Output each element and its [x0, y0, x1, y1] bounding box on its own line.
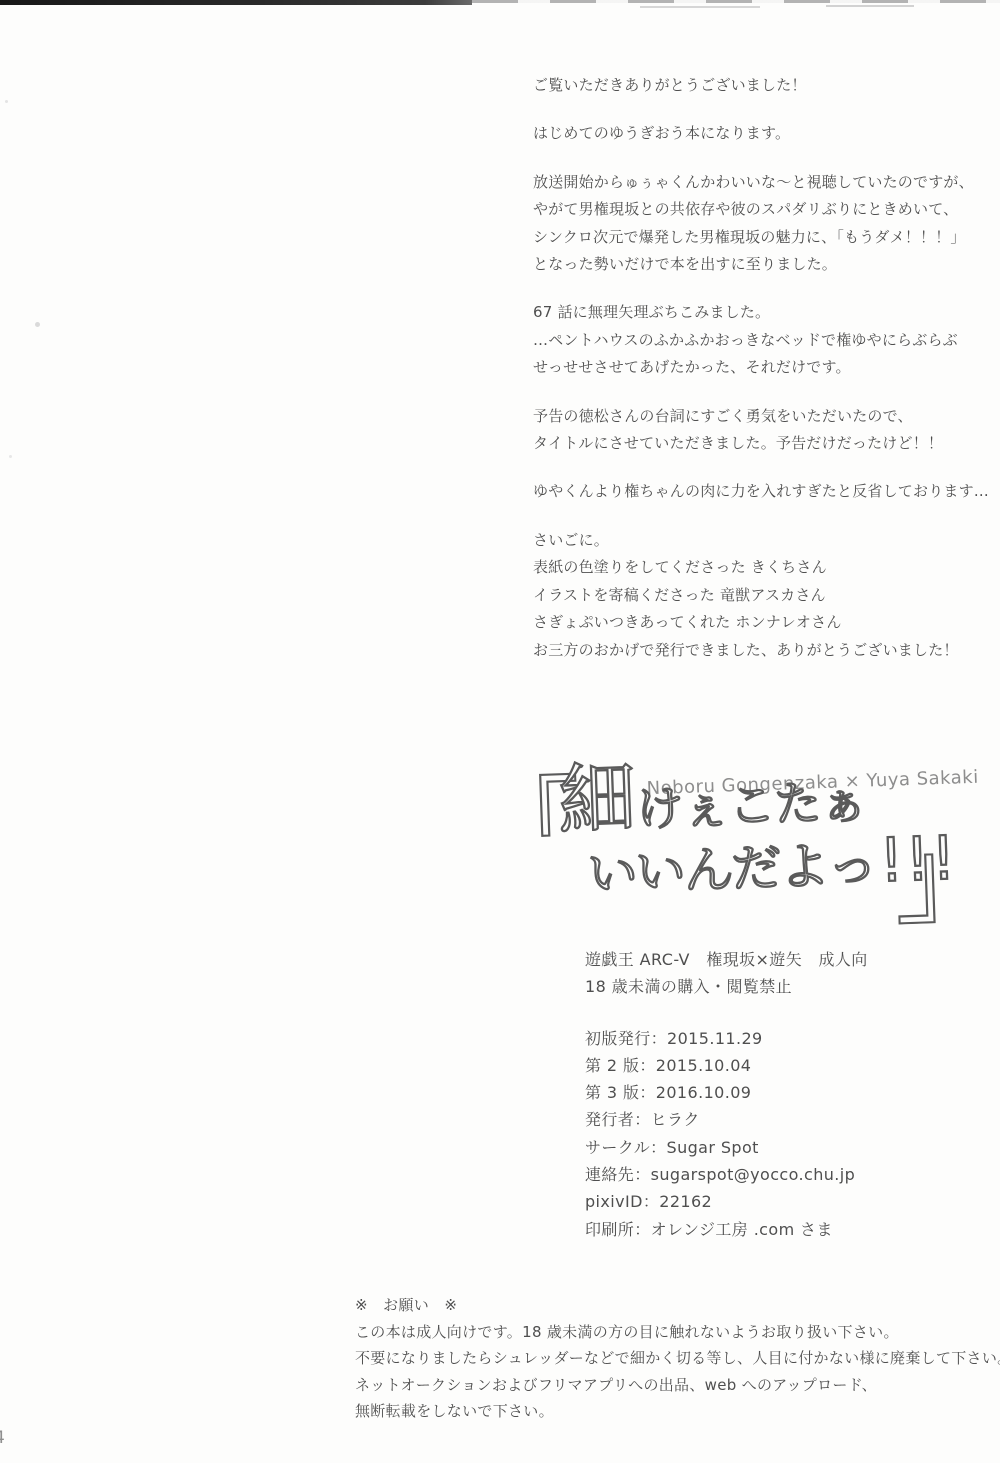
notice-line: ネットオークションおよびフリマアプリへの出品、web へのアップロード、 [355, 1372, 995, 1399]
colophon-separator: ： [639, 1083, 655, 1102]
afterword-text: ご覧いただきありがとうございました！ はじめてのゆうぎおう本になります。 放送開… [533, 72, 993, 664]
afterword-paragraph: 放送開始からゅぅゃくんかわいいな～と視聴していたのですが、 やがて男権現坂との共… [533, 169, 993, 279]
scan-speck [35, 322, 40, 327]
scan-edge-strip [0, 0, 472, 5]
colophon-separator: ： [650, 1138, 666, 1157]
colophon-label: pixivID [585, 1192, 643, 1211]
colophon-value: 2015.11.29 [667, 1029, 763, 1048]
colophon-label: 初版発行 [585, 1029, 651, 1048]
colophon-separator: ： [639, 1056, 655, 1075]
colophon-separator: ： [634, 1110, 650, 1129]
afterword-paragraph: 予告の徳松さんの台詞にすごく勇気をいただいたので、 タイトルにさせていただきまし… [533, 403, 993, 458]
colophon-entry: 初版発行：2015.11.29 [585, 1025, 985, 1052]
afterword-paragraph: はじめてのゆうぎおう本になります。 [533, 120, 993, 147]
colophon-entries: 初版発行：2015.11.29 第 2 版：2015.10.04 第 3 版：2… [585, 1025, 985, 1243]
age-rating-line: 18 歳未満の購入・閲覧禁止 [585, 973, 985, 1000]
colophon-value: 2016.10.09 [656, 1083, 752, 1102]
colophon-value: 2015.10.04 [656, 1056, 752, 1075]
afterword-line: となった勢いだけで本を出すに至りました。 [533, 255, 837, 273]
colophon-separator: ： [634, 1220, 650, 1239]
colophon-value: 22162 [659, 1192, 712, 1211]
afterword-line: タイトルにさせていただきました。予告だけだったけど！！ [533, 434, 943, 452]
afterword-line: ご覧いただきありがとうございました！ [533, 76, 807, 94]
scan-speck [5, 100, 8, 103]
notice-line: 不要になりましたらシュレッダーなどで細かく切る等し、人目に付かない様に廃棄して下… [355, 1345, 995, 1372]
title-line-2-text: いいんだよっ [587, 835, 877, 903]
reader-notice: ※ お願い ※ この本は成人向けです。18 歳未満の方の目に触れないようお取り扱… [355, 1292, 995, 1425]
colophon-entry: pixivID：22162 [585, 1188, 985, 1215]
title-logo: Noboru Gongenzaka × Yuya Sakaki 細けぇこたぁ い… [538, 755, 964, 945]
afterword-line: 67 話に無理矢理ぶちこみました。 [533, 303, 770, 321]
afterword-line: 予告の徳松さんの台詞にすごく勇気をいただいたので、 [533, 407, 913, 425]
scan-edge-strip-light [472, 0, 1000, 3]
afterword-line: …ペントハウスのふかふかおっきなベッドで権ゆやにらぶらぶ [533, 331, 958, 349]
colophon-label: サークル [585, 1138, 650, 1157]
colophon-entry: 発行者：ヒラク [585, 1106, 985, 1133]
colophon-label: 発行者 [585, 1110, 634, 1129]
corner-bracket-close-icon [896, 853, 936, 924]
afterword-line: 放送開始からゅぅゃくんかわいいな～と視聴していたのですが、 [533, 173, 974, 191]
colophon: 遊戯王 ARC-V 権現坂×遊矢 成人向 18 歳未満の購入・閲覧禁止 初版発行… [585, 946, 985, 1243]
scanned-doujinshi-afterword-page: ご覧いただきありがとうございました！ はじめてのゆうぎおう本になります。 放送開… [0, 0, 1000, 1463]
colophon-label: 印刷所 [585, 1220, 634, 1239]
colophon-entry: 連絡先：sugarspot@yocco.chu.jp [585, 1161, 985, 1188]
afterword-paragraph: さいごに。 表紙の色塗りをしてくださった きくちさん イラストを寄稿くださった … [533, 527, 993, 664]
afterword-paragraph: ゆやくんより権ちゃんの肉に力を入れすぎたと反省しております… [533, 478, 993, 505]
afterword-line: イラストを寄稿くださった 竜獣アスカさん [533, 586, 826, 604]
colophon-separator: ： [634, 1165, 650, 1184]
afterword-line: さぎょぷいつきあってくれた ホンナレオさん [533, 613, 842, 631]
colophon-entry: 第 3 版：2016.10.09 [585, 1079, 985, 1106]
notice-line: 無断転載をしないで下さい。 [355, 1398, 995, 1425]
colophon-value: ヒラク [651, 1110, 700, 1129]
colophon-entry: サークル：Sugar Spot [585, 1134, 985, 1161]
afterword-paragraph: 67 話に無理矢理ぶちこみました。 …ペントハウスのふかふかおっきなベッドで権ゆ… [533, 299, 993, 381]
afterword-line: はじめてのゆうぎおう本になります。 [533, 124, 790, 142]
afterword-line: せっせせさせてあげたかった、それだけです。 [533, 358, 851, 376]
scan-artifact-dash [826, 5, 914, 7]
scan-speck [9, 455, 12, 458]
colophon-label: 第 3 版 [585, 1083, 639, 1102]
series-pairing-line: 遊戯王 ARC-V 権現坂×遊矢 成人向 [585, 946, 985, 973]
notice-line: この本は成人向けです。18 歳未満の方の目に触れないようお取り扱い下さい。 [355, 1319, 995, 1346]
colophon-value: オレンジ工房 .com さま [651, 1220, 833, 1239]
afterword-line: ゆやくんより権ちゃんの肉に力を入れすぎたと反省しております… [533, 482, 989, 500]
colophon-separator: ： [651, 1029, 667, 1048]
colophon-value: sugarspot@yocco.chu.jp [651, 1165, 856, 1184]
colophon-separator: ： [643, 1192, 659, 1211]
colophon-entry: 第 2 版：2015.10.04 [585, 1052, 985, 1079]
scan-artifact-dash [640, 6, 760, 8]
afterword-line: さいごに。 [533, 531, 609, 549]
afterword-line: 表紙の色塗りをしてくださった きくちさん [533, 558, 827, 576]
colophon-value: Sugar Spot [667, 1138, 759, 1157]
afterword-line: シンクロ次元で爆発した男権現坂の魅力に、「もうダメ！！！」 [533, 228, 966, 246]
notice-heading: ※ お願い ※ [355, 1292, 995, 1319]
colophon-label: 連絡先 [585, 1165, 634, 1184]
afterword-line: お三方のおかげで発行できました、ありがとうございました！ [533, 641, 959, 659]
afterword-line: やがて男権現坂との共依存や彼のスパダリぶりにときめいて、 [533, 200, 958, 218]
colophon-entry: 印刷所：オレンジ工房 .com さま [585, 1216, 985, 1243]
colophon-label: 第 2 版 [585, 1056, 639, 1075]
page-number: 4 [0, 1428, 5, 1448]
afterword-paragraph: ご覧いただきありがとうございました！ [533, 72, 993, 99]
